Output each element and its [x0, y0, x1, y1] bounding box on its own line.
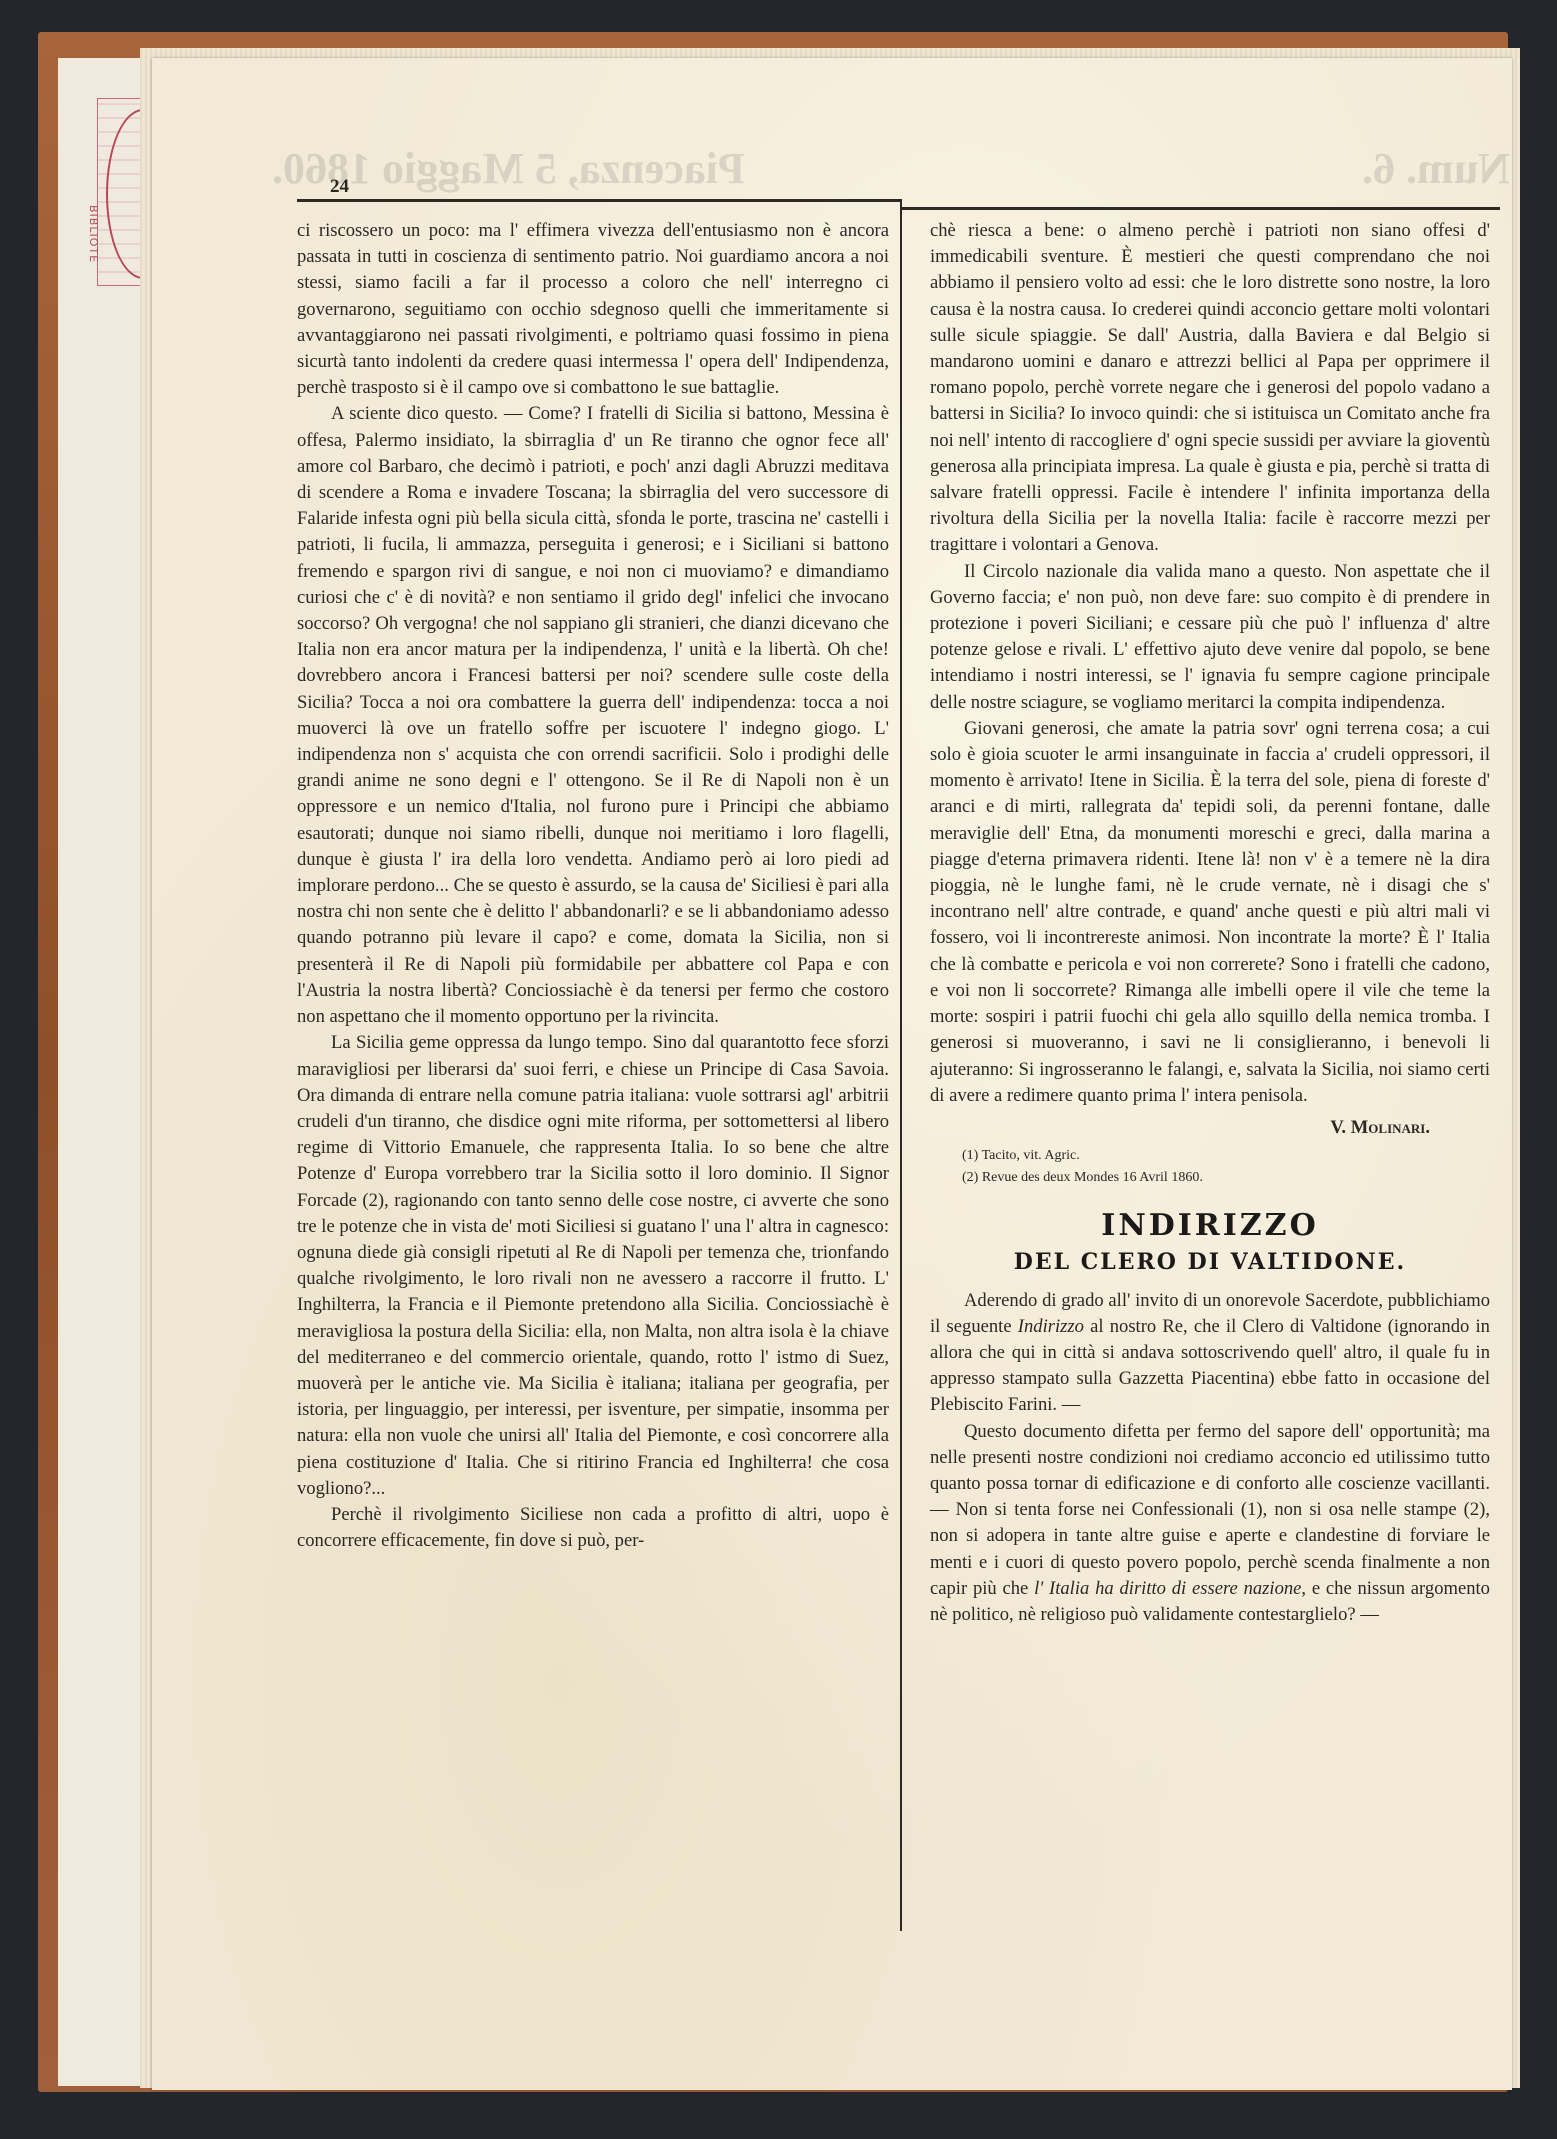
section-body: Questo documento difetta per fermo del s… [930, 1419, 1490, 1629]
footnote-1: (1) Tacito, vit. Agric. [962, 1145, 1490, 1167]
footnote-2: (2) Revue des deux Mondes 16 Avril 1860. [962, 1167, 1490, 1189]
author-signature: V. Molinari. [930, 1115, 1490, 1141]
bleed-through-issue: Num. 6. [1362, 143, 1510, 194]
section-title: INDIRIZZO [930, 1213, 1490, 1239]
paragraph: ci riscossero un poco: ma l' effimera vi… [297, 218, 889, 401]
paragraph: La Sicilia geme oppressa da lungo tempo.… [297, 1030, 889, 1502]
library-stamp [97, 98, 145, 286]
paragraph: Il Circolo nazionale dia valida mano a q… [930, 559, 1490, 716]
right-column: chè riesca a bene: o almeno perchè i pat… [930, 218, 1490, 1628]
page-number: 24 [330, 176, 349, 198]
header-rule-left [297, 199, 902, 202]
intro-italic: Indirizzo [1018, 1316, 1084, 1337]
body-text-1: Questo documento difetta per fermo del s… [930, 1421, 1490, 1599]
header-rule-right [900, 207, 1500, 210]
column-divider [900, 201, 902, 1931]
newspaper-page: Piacenza, 5 Maggio 1860. Num. 6. 24 ci r… [152, 58, 1512, 2090]
left-column: ci riscossero un poco: ma l' effimera vi… [297, 218, 889, 1554]
paragraph: Perchè il rivolgimento Siciliese non cad… [297, 1502, 889, 1554]
paragraph: chè riesca a bene: o almeno perchè i pat… [930, 218, 1490, 559]
footnotes: (1) Tacito, vit. Agric. (2) Revue des de… [930, 1145, 1490, 1189]
paragraph: Giovani generosi, che amate la patria so… [930, 716, 1490, 1109]
section-intro: Aderendo di grado all' invito di un onor… [930, 1288, 1490, 1419]
section-subtitle: DEL CLERO DI VALTIDONE. [930, 1249, 1490, 1275]
library-stamp-label: BIBLIOTE [87, 205, 100, 263]
paragraph: A sciente dico questo. — Come? I fratell… [297, 401, 889, 1030]
body-italic: l' Italia ha diritto di essere nazione [1034, 1578, 1301, 1599]
